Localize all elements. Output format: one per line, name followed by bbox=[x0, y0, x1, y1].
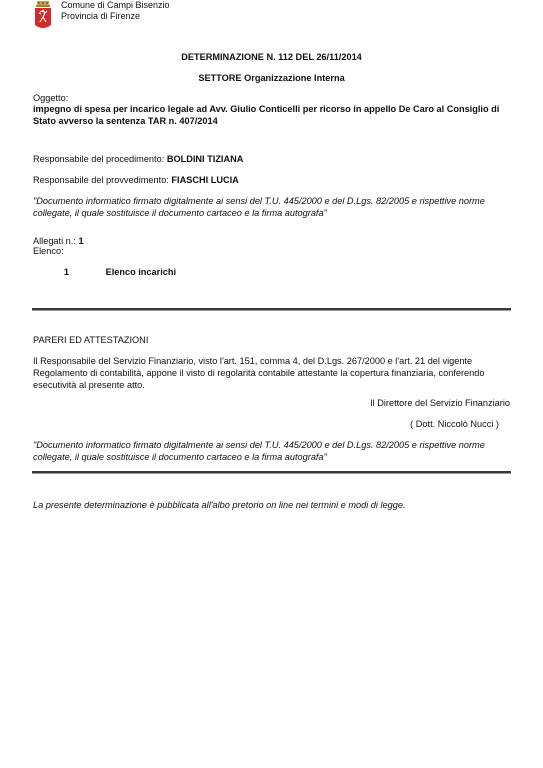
header-text: Comune di Campi Bisenzio Provincia di Fi… bbox=[61, 0, 170, 22]
document-title: DETERMINAZIONE N. 112 DEL 26/11/2014 bbox=[0, 52, 543, 64]
director-title: Il Direttore del Servizio Finanziario bbox=[370, 398, 510, 410]
elenco-label: Elenco: bbox=[33, 246, 64, 258]
list-item: 1 Elenco incarichi bbox=[33, 267, 333, 279]
coat-of-arms-icon bbox=[33, 1, 53, 31]
oggetto-label: Oggetto: bbox=[33, 93, 68, 105]
pareri-text: Il Responsabile del Servizio Finanziario… bbox=[33, 356, 513, 391]
publication-note: La presente determinazione è pubblicata … bbox=[33, 500, 513, 512]
province-name: Provincia di Firenze bbox=[61, 11, 170, 22]
municipality-name: Comune di Campi Bisenzio bbox=[61, 0, 170, 11]
divider bbox=[32, 471, 511, 474]
resp-provvedimento-label: Responsabile del provvedimento: bbox=[33, 175, 169, 185]
elenco-item-number: 1 bbox=[33, 267, 69, 279]
allegati-label: Allegati n.: bbox=[33, 236, 76, 246]
digital-signature-note: "Documento informatico firmato digitalme… bbox=[33, 196, 513, 220]
responsabile-procedimento: Responsabile del procedimento: BOLDINI T… bbox=[33, 154, 243, 166]
pareri-heading: PARERI ED ATTESTAZIONI bbox=[33, 335, 148, 347]
elenco-item-name: Elenco incarichi bbox=[106, 267, 176, 279]
oggetto-text: impegno di spesa per incarico legale ad … bbox=[33, 104, 513, 128]
resp-provvedimento-name: FIASCHI LUCIA bbox=[171, 175, 238, 185]
resp-procedimento-label: Responsabile del procedimento: bbox=[33, 154, 164, 164]
resp-procedimento-name: BOLDINI TIZIANA bbox=[167, 154, 244, 164]
divider bbox=[32, 308, 511, 311]
allegati-count: 1 bbox=[78, 236, 83, 246]
sector-name: Organizzazione Interna bbox=[244, 73, 345, 83]
director-name: ( Dott. Niccolò Nucci ) bbox=[410, 419, 499, 431]
sector-line: SETTORE Organizzazione Interna bbox=[0, 73, 543, 85]
responsabile-provvedimento: Responsabile del provvedimento: FIASCHI … bbox=[33, 175, 239, 187]
digital-signature-note-pareri: "Documento informatico firmato digitalme… bbox=[33, 440, 513, 464]
sector-label: SETTORE bbox=[198, 73, 241, 83]
